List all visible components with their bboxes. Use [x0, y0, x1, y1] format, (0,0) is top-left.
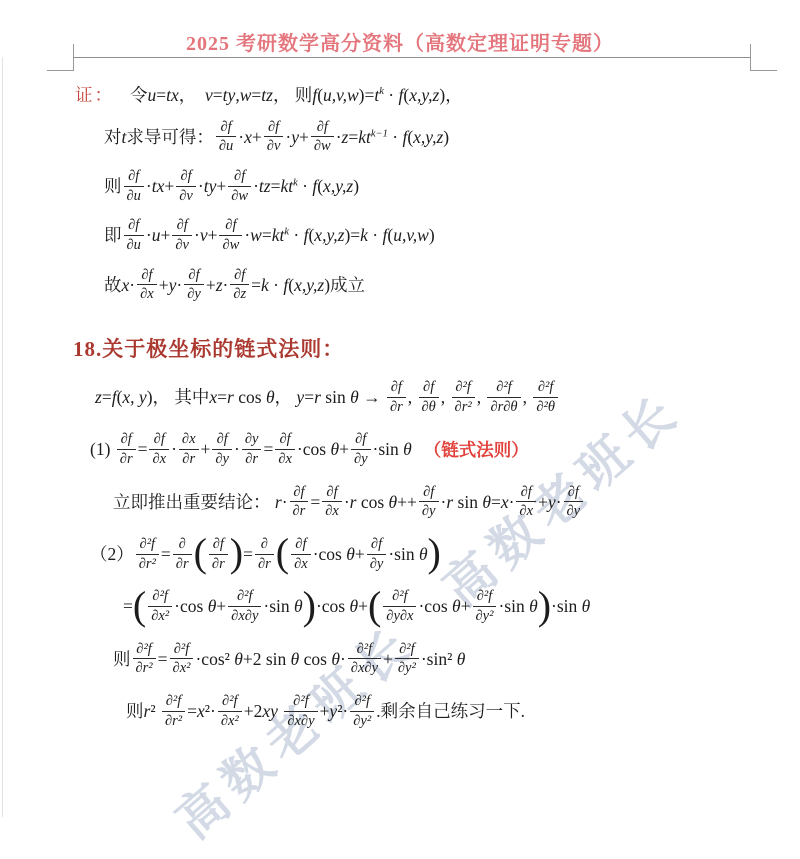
- math-text: ·sin: [388, 544, 419, 564]
- math-text: +: [355, 544, 365, 564]
- math-text: ·cos: [313, 544, 347, 564]
- math-text: =: [262, 226, 272, 246]
- big-paren: ): [303, 590, 316, 622]
- boundary-mark-right-vertical: [750, 44, 751, 71]
- math-variable: θ: [291, 649, 300, 669]
- math-text: =: [123, 597, 133, 617]
- math-text: +: [201, 440, 211, 460]
- fraction: ∂²f∂x²: [218, 693, 242, 729]
- fraction: ∂²f∂r²: [452, 379, 475, 415]
- math-text: ·: [223, 275, 229, 295]
- math-text: 则: [113, 649, 131, 669]
- math-text: ·: [340, 649, 346, 669]
- math-text: =: [251, 85, 261, 105]
- math-text: ·sin: [498, 597, 529, 617]
- math-text: +: [206, 275, 216, 295]
- math-text: sin: [321, 387, 350, 407]
- math-variable: z: [95, 387, 102, 407]
- math-text: 即: [104, 226, 122, 246]
- math-text: +2: [244, 701, 263, 721]
- math-text: =: [348, 127, 358, 147]
- math-text: =: [271, 176, 281, 196]
- fraction: ∂f∂y: [564, 484, 584, 520]
- formula-line: (1) ∂f∂r=∂f∂x·∂x∂r+∂f∂y·∂y∂r=∂f∂x·cos θ+…: [90, 433, 800, 469]
- math-variable: kt: [358, 127, 371, 147]
- fraction: ∂f∂y: [351, 431, 371, 467]
- math-text: ·: [509, 492, 515, 512]
- math-variable: θ: [350, 387, 359, 407]
- math-text: +: [159, 275, 169, 295]
- math-variable: θ: [331, 649, 340, 669]
- math-text: +: [320, 701, 330, 721]
- math-text: =: [217, 387, 227, 407]
- math-variable: x: [209, 387, 217, 407]
- math-variable: v: [200, 226, 208, 246]
- math-text: +: [208, 226, 218, 246]
- math-text: ,: [408, 387, 417, 407]
- math-text: ·: [298, 176, 313, 196]
- math-text: sin: [453, 492, 482, 512]
- fraction: ∂²f∂r²: [133, 641, 156, 677]
- math-text: )=: [344, 226, 360, 246]
- math-text: ·cos²: [195, 649, 234, 669]
- math-text: =: [304, 387, 314, 407]
- math-text: =: [491, 492, 501, 512]
- math-text: =: [251, 275, 261, 295]
- math-text: =: [213, 85, 223, 105]
- math-variable: u: [148, 85, 157, 105]
- math-variable: θ: [452, 597, 461, 617]
- math-text: =: [138, 440, 148, 460]
- big-paren: (: [133, 590, 146, 622]
- math-variable: x,y,z: [323, 176, 353, 196]
- fraction: ∂²f∂x∂y: [284, 693, 317, 729]
- fraction: ∂f∂θ: [419, 379, 439, 415]
- formula-line: 立即推出重要结论： r·∂f∂r=∂f∂x·r cos θ++∂f∂y·r si…: [113, 486, 800, 522]
- fraction: ∂²f∂y²: [350, 693, 374, 729]
- fraction: ∂²f∂y²: [395, 641, 419, 677]
- fraction: ∂f∂w: [219, 217, 242, 253]
- math-text: ·: [368, 226, 383, 246]
- math-text: +: [164, 176, 174, 196]
- math-variable: x,y,z: [294, 275, 324, 295]
- fraction: ∂f∂r: [117, 431, 136, 467]
- math-variable: w: [240, 85, 252, 105]
- math-variable: ty: [223, 85, 236, 105]
- fraction: ∂f∂x: [322, 484, 342, 520]
- math-variable: v: [205, 85, 213, 105]
- math-text: ): [429, 226, 435, 246]
- section-block: z=f(x, y)， 其中x=r cos θ， y=r sin θ → ∂f∂r…: [0, 381, 800, 731]
- math-variable: u: [152, 226, 161, 246]
- math-text: 立即推出重要结论：: [113, 492, 275, 512]
- fraction: ∂f∂y: [212, 431, 232, 467]
- math-text: ++: [397, 492, 417, 512]
- fraction: ∂f∂u: [124, 217, 144, 253]
- formula-line: 证：令u=tx， v=ty,w=tz， 则f(u,v,w)=tk · f(x,y…: [75, 84, 800, 108]
- math-text: 则: [126, 701, 144, 721]
- math-text: ·cos: [174, 597, 208, 617]
- math-text: ·: [556, 492, 562, 512]
- math-text: ²·: [337, 701, 348, 721]
- math-text: cos: [356, 492, 388, 512]
- big-paren: (: [368, 590, 381, 622]
- math-text: ,: [477, 387, 486, 407]
- math-variable: θ: [419, 544, 428, 564]
- math-text: +: [299, 127, 309, 147]
- math-variable: θ: [457, 649, 466, 669]
- big-paren: ): [538, 590, 551, 622]
- math-text: cos: [234, 387, 266, 407]
- math-text: )，: [439, 85, 462, 105]
- math-text: ·sin: [551, 597, 582, 617]
- math-text: ²·: [205, 701, 216, 721]
- math-text: 则: [104, 176, 122, 196]
- math-variable: r: [227, 387, 234, 407]
- fraction: ∂²f∂r²: [136, 536, 159, 572]
- fraction: ∂²f∂x∂y: [228, 588, 261, 624]
- big-paren: ): [230, 537, 243, 569]
- fraction: ∂f∂r: [290, 484, 309, 520]
- math-text: +: [161, 226, 171, 246]
- fraction: ∂f∂y: [419, 484, 439, 520]
- math-text: ·: [388, 127, 403, 147]
- math-text: ·: [234, 440, 240, 460]
- math-variable: w: [250, 226, 262, 246]
- math-text: 令: [130, 85, 148, 105]
- math-text: 求导可得：: [126, 127, 214, 147]
- fraction: ∂y∂r: [242, 431, 262, 467]
- math-variable: x: [501, 492, 509, 512]
- math-text: ·cos: [297, 440, 331, 460]
- formula-line: 故x·∂f∂x+y·∂f∂y+z·∂f∂z=k · f(x,y,z)成立: [104, 269, 800, 305]
- math-text: )=: [359, 85, 375, 105]
- formula-line: z=f(x, y)， 其中x=r cos θ， y=r sin θ → ∂f∂r…: [95, 381, 800, 417]
- math-text: =: [156, 85, 166, 105]
- fraction: ∂²f∂r∂θ: [487, 379, 520, 415]
- document-page: 高数老班长 高数老班长 2025 考研数学高分资料（高数定理证明专题） 证：令u…: [0, 0, 800, 859]
- math-variable: y: [291, 127, 299, 147]
- fraction: ∂f∂x: [137, 267, 157, 303]
- math-text: ²: [150, 701, 160, 721]
- math-variable: kt: [272, 226, 285, 246]
- math-variable: θ: [346, 544, 355, 564]
- math-variable: k: [360, 226, 368, 246]
- math-text: +: [216, 176, 226, 196]
- math-variable: y: [548, 492, 556, 512]
- math-variable: u,v,w: [323, 85, 359, 105]
- math-variable: z: [216, 275, 223, 295]
- math-text: ·sin: [373, 440, 404, 460]
- math-text: ·: [171, 440, 177, 460]
- math-text: ·: [129, 275, 135, 295]
- math-variable: r: [314, 387, 321, 407]
- math-variable: x: [244, 127, 252, 147]
- math-variable: tx: [166, 85, 179, 105]
- fraction: ∂f∂x: [149, 431, 169, 467]
- proof-label: 证：: [75, 85, 114, 105]
- math-text: ·: [282, 492, 288, 512]
- math-text: +: [538, 492, 548, 512]
- math-text: +: [383, 649, 393, 669]
- math-variable: tz: [259, 176, 271, 196]
- math-variable: θ: [294, 597, 303, 617]
- math-variable: kt: [280, 176, 293, 196]
- fraction: ∂f∂u: [216, 119, 236, 155]
- fraction: ∂∂r: [255, 536, 274, 572]
- math-text: +: [252, 127, 262, 147]
- math-variable: u,v,w: [393, 226, 429, 246]
- math-variable: r: [275, 492, 282, 512]
- math-text: →: [359, 387, 385, 407]
- math-variable: tx: [152, 176, 165, 196]
- math-variable: θ: [208, 597, 217, 617]
- fraction: ∂f∂x: [291, 536, 311, 572]
- math-text: ·: [289, 226, 304, 246]
- math-variable: θ: [234, 649, 243, 669]
- boundary-mark-left-horizontal: [47, 70, 74, 71]
- math-text: =: [263, 440, 273, 460]
- fraction: ∂f∂x: [516, 484, 536, 520]
- math-variable: θ: [330, 440, 339, 460]
- document-content: 证：令u=tx， v=ty,w=tz， 则f(u,v,w)=tk · f(x,y…: [0, 84, 800, 747]
- math-text: )， 其中: [147, 387, 210, 407]
- math-variable: θ: [582, 597, 591, 617]
- fraction: ∂f∂w: [311, 119, 334, 155]
- math-text: ,: [441, 387, 450, 407]
- formula-line: 则∂²f∂r²=∂²f∂x²·cos² θ+2 sin θ cos θ·∂²f∂…: [113, 643, 800, 679]
- math-text: [278, 701, 282, 721]
- math-variable: θ: [482, 492, 491, 512]
- math-text: =: [161, 544, 171, 564]
- fraction: ∂f∂w: [228, 168, 251, 204]
- superscript: k−1: [371, 128, 388, 139]
- fraction: ∂²f∂y∂x: [383, 588, 416, 624]
- fraction: ∂²f∂y²: [473, 588, 497, 624]
- math-text: +: [339, 440, 349, 460]
- red-note: （链式法则）: [424, 440, 529, 460]
- fraction: ∂f∂u: [124, 168, 144, 204]
- math-text: 故: [104, 275, 122, 295]
- fraction: ∂f∂v: [176, 168, 196, 204]
- math-variable: θ: [349, 597, 358, 617]
- section-heading: 18.关于极坐标的链式法则：: [73, 333, 800, 363]
- proof-block: 证：令u=tx， v=ty,w=tz， 则f(u,v,w)=tk · f(x,y…: [0, 84, 800, 305]
- math-text: ·cos: [316, 597, 350, 617]
- math-text: =: [310, 492, 320, 512]
- math-text: 对: [104, 127, 122, 147]
- math-text: ·: [269, 275, 284, 295]
- fraction: ∂²f∂x∂y: [348, 641, 381, 677]
- math-text: ，: [275, 387, 297, 407]
- math-variable: k: [261, 275, 269, 295]
- math-text: cos: [299, 649, 331, 669]
- math-text: ·: [384, 85, 399, 105]
- formula-line: 则r² ∂²f∂r²=x²·∂²f∂x²+2xy ∂²f∂x∂y+y²·∂²f∂…: [126, 695, 800, 731]
- math-text: =: [102, 387, 112, 407]
- fraction: ∂f∂y: [184, 267, 204, 303]
- formula-line: 则∂f∂u·tx+∂f∂v·ty+∂f∂w·tz=ktk · f(x,y,z): [104, 170, 800, 206]
- math-text: ·: [176, 275, 182, 295]
- math-variable: θ: [403, 440, 412, 460]
- math-text: ·sin²: [421, 649, 457, 669]
- fraction: ∂∂r: [173, 536, 192, 572]
- page-title: 2025 考研数学高分资料（高数定理证明专题）: [0, 27, 800, 56]
- boundary-mark-right-horizontal: [750, 70, 777, 71]
- fraction: ∂f∂x: [275, 431, 295, 467]
- math-text: ,: [523, 387, 532, 407]
- fraction: ∂²f∂r²: [162, 693, 185, 729]
- math-variable: θ: [266, 387, 275, 407]
- fraction: ∂f∂z: [230, 267, 249, 303]
- math-text: +: [461, 597, 471, 617]
- math-variable: ty: [204, 176, 217, 196]
- math-variable: x,y,z: [413, 127, 443, 147]
- fraction: ∂f∂v: [264, 119, 284, 155]
- fraction: ∂²f∂x²: [170, 641, 194, 677]
- math-text: ， 则: [273, 85, 312, 105]
- math-text: )成立: [324, 275, 365, 295]
- fraction: ∂²f∂²θ: [533, 379, 558, 415]
- math-text: ): [443, 127, 449, 147]
- math-text: (1): [90, 440, 115, 460]
- math-text: +: [216, 597, 226, 617]
- math-variable: x, y: [122, 387, 146, 407]
- math-text: =: [243, 544, 253, 564]
- math-variable: tz: [261, 85, 273, 105]
- fraction: ∂²f∂x²: [148, 588, 172, 624]
- math-text: ·cos: [418, 597, 452, 617]
- math-variable: x: [197, 701, 205, 721]
- math-text: （2）: [90, 544, 134, 564]
- header-rule: [73, 57, 750, 58]
- math-text: +2 sin: [243, 649, 291, 669]
- big-paren: ): [428, 537, 441, 569]
- math-variable: xy: [262, 701, 278, 721]
- math-variable: x,y,z: [409, 85, 439, 105]
- math-text: .剩余自己练习一下.: [376, 701, 525, 721]
- formula-line: 即∂f∂u·u+∂f∂v·v+∂f∂w·w=ktk · f(x,y,z)=k ·…: [104, 219, 800, 255]
- math-text: +: [358, 597, 368, 617]
- math-text: =: [187, 701, 197, 721]
- boundary-mark-left-vertical: [73, 44, 74, 71]
- fraction: ∂f∂y: [367, 536, 387, 572]
- fraction: ∂f∂v: [172, 217, 192, 253]
- math-variable: θ: [529, 597, 538, 617]
- formula-line: =(∂²f∂x²·cos θ+∂²f∂x∂y·sin θ)·cos θ+(∂²f…: [123, 590, 800, 626]
- math-text: =: [158, 649, 168, 669]
- formula-line: （2）∂²f∂r²=∂∂r(∂f∂r)=∂∂r(∂f∂x·cos θ+∂f∂y·…: [90, 538, 800, 574]
- math-text: ·sin: [263, 597, 294, 617]
- math-variable: θ: [389, 492, 398, 512]
- fraction: ∂f∂r: [209, 536, 228, 572]
- math-text: ): [353, 176, 359, 196]
- math-text: ，: [179, 85, 205, 105]
- fraction: ∂f∂r: [387, 379, 406, 415]
- fraction: ∂x∂r: [179, 431, 199, 467]
- big-paren: (: [276, 537, 289, 569]
- math-variable: x,y,z: [314, 226, 344, 246]
- formula-line: 对t求导可得：∂f∂u·x+∂f∂v·y+∂f∂w·z=ktk−1 · f(x,…: [104, 121, 800, 157]
- big-paren: (: [194, 537, 207, 569]
